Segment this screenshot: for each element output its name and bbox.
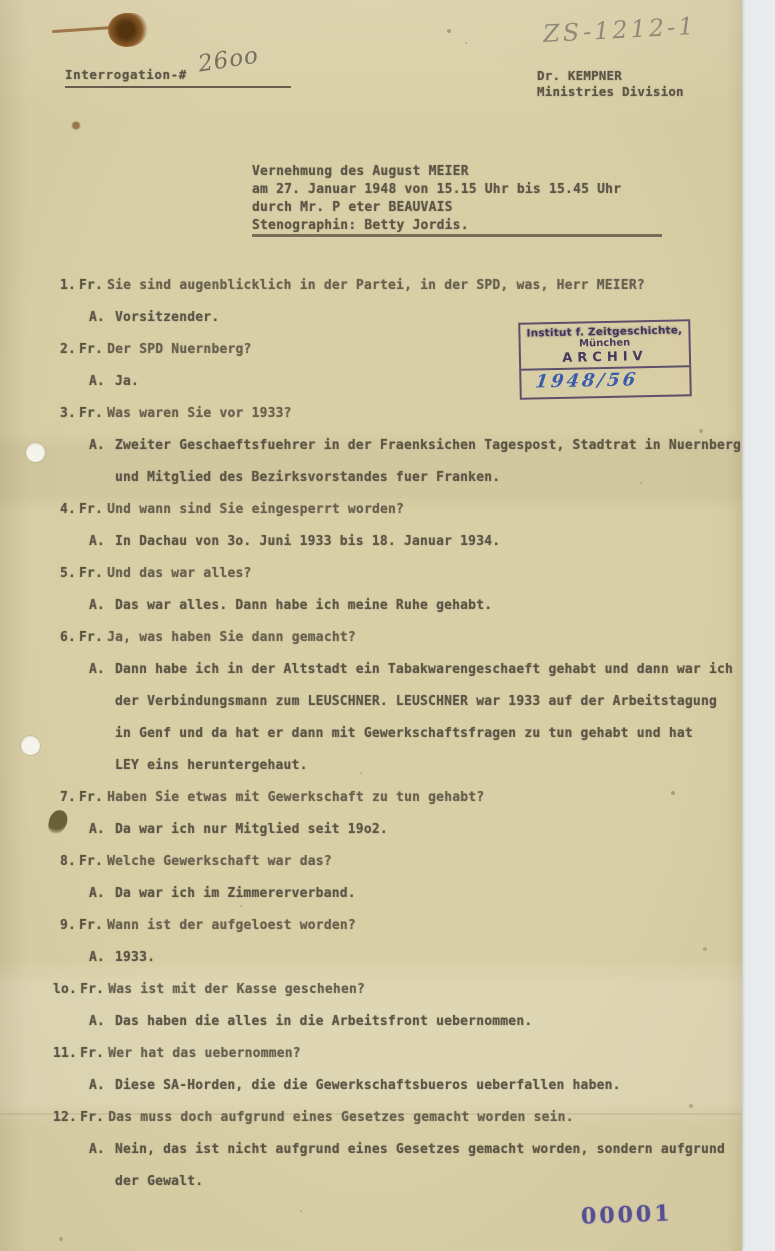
question-text: Was waren Sie vor 1933? <box>107 398 292 430</box>
stamp-archiv-label: ARCHIV <box>522 348 688 366</box>
archive-stamp-header: Institut f. Zeitgeschichte, München ARCH… <box>520 321 689 371</box>
qa-question: lo.Fr.Was ist mit der Kasse geschehen? <box>53 974 742 1006</box>
qa-number: 4. <box>53 494 76 526</box>
answer-text: Diese SA-Horden, die die Gewerkschaftsbu… <box>115 1070 621 1102</box>
qa-answer: A.1933. <box>53 942 742 974</box>
small-stain <box>71 121 81 130</box>
question-label: Fr. <box>80 1102 104 1134</box>
answer-label: A. <box>89 430 109 462</box>
answer-label: A. <box>89 366 109 398</box>
qa-question: 8.Fr.Welche Gewerkschaft war das? <box>53 846 742 878</box>
qa-number: 2. <box>53 334 76 366</box>
document-page: ZS-1212-1 Interrogation-# 26oo Dr. KEMPN… <box>0 0 742 1251</box>
qa-number: 1. <box>53 270 76 302</box>
answer-text: Das haben die alles in die Arbeitsfront … <box>115 1006 532 1038</box>
question-text: Und wann sind Sie eingesperrt worden? <box>107 494 404 526</box>
pin-mark <box>52 26 114 33</box>
answer-label: A. <box>89 302 109 334</box>
archive-stamp-number-box: 1948/56 <box>521 367 690 398</box>
qa-answer: A.Diese SA-Horden, die die Gewerkschafts… <box>53 1070 742 1102</box>
answer-text: Zweiter Geschaeftsfuehrer in der Fraenks… <box>115 430 741 462</box>
question-label: Fr. <box>80 974 104 1006</box>
paper-specks <box>0 0 2 2</box>
qa-number: 6. <box>53 622 76 654</box>
qa-question: 7.Fr.Haben Sie etwas mit Gewerkschaft zu… <box>53 782 742 814</box>
qa-answer: LEY eins heruntergehaut. <box>53 750 742 782</box>
answer-text: Da war ich nur Mitglied seit 19o2. <box>115 814 388 846</box>
answer-text-continued: der Gewalt. <box>115 1166 203 1198</box>
qa-answer: A.Da war ich nur Mitglied seit 19o2. <box>53 814 742 846</box>
qa-answer: A.Das war alles. Dann habe ich meine Ruh… <box>53 590 742 622</box>
title-line-2: am 27. Januar 1948 von 15.15 Uhr bis 15.… <box>252 181 621 199</box>
rust-stain <box>50 10 165 60</box>
question-label: Fr. <box>79 334 103 366</box>
answer-text: Vorsitzender. <box>115 302 219 334</box>
stamp-number-handwritten: 1948/56 <box>534 369 639 392</box>
qa-answer: A.Da war ich im Zimmererverband. <box>53 878 742 910</box>
answer-text: Nein, das ist nicht aufgrund eines Geset… <box>115 1134 725 1166</box>
answer-label: A. <box>89 590 109 622</box>
answer-text: Da war ich im Zimmererverband. <box>115 878 356 910</box>
answer-text-continued: in Genf und da hat er dann mit Gewerksch… <box>115 718 693 750</box>
question-label: Fr. <box>79 622 103 654</box>
page-number-stamp: 00001 <box>581 1200 673 1229</box>
question-text: Wann ist der aufgeloest worden? <box>107 910 356 942</box>
question-label: Fr. <box>79 270 103 302</box>
scan-background: ZS-1212-1 Interrogation-# 26oo Dr. KEMPN… <box>0 0 775 1251</box>
qa-number: lo. <box>53 974 77 1006</box>
answer-text-continued: der Verbindungsmann zum LEUSCHNER. LEUSC… <box>115 686 717 718</box>
question-label: Fr. <box>79 494 103 526</box>
qa-number: 7. <box>53 782 76 814</box>
answer-label: A. <box>89 526 109 558</box>
question-text: Der SPD Nuernberg? <box>107 334 251 366</box>
question-text: Welche Gewerkschaft war das? <box>107 846 332 878</box>
question-text: Wer hat das uebernommen? <box>108 1038 301 1070</box>
interrogation-label: Interrogation-# <box>65 67 291 88</box>
title-block: Vernehmung des August MEIER am 27. Janua… <box>252 163 621 235</box>
answer-text: 1933. <box>115 942 155 974</box>
punch-hole-bottom <box>21 736 40 755</box>
qa-answer: in Genf und da hat er dann mit Gewerksch… <box>53 718 742 750</box>
title-line-1: Vernehmung des August MEIER <box>252 163 621 181</box>
qa-number: 8. <box>53 846 76 878</box>
qa-number: 12. <box>53 1102 77 1134</box>
question-label: Fr. <box>79 398 103 430</box>
question-label: Fr. <box>79 910 103 942</box>
qa-answer: der Verbindungsmann zum LEUSCHNER. LEUSC… <box>53 686 742 718</box>
question-label: Fr. <box>80 1038 104 1070</box>
qa-number: 5. <box>53 558 76 590</box>
answer-label: A. <box>89 814 109 846</box>
answer-label: A. <box>89 1070 109 1102</box>
qa-question: 6.Fr.Ja, was haben Sie dann gemacht? <box>53 622 742 654</box>
archive-reference-handwritten: ZS-1212-1 <box>542 12 697 48</box>
qa-question: 3.Fr.Was waren Sie vor 1933? <box>53 398 742 430</box>
examiner-division: Ministries Division <box>537 84 684 100</box>
qa-answer: und Mitglied des Bezirksvorstandes fuer … <box>53 462 742 494</box>
answer-text-continued: LEY eins heruntergehaut. <box>115 750 308 782</box>
answer-text: Das war alles. Dann habe ich meine Ruhe … <box>115 590 492 622</box>
question-label: Fr. <box>79 558 103 590</box>
qa-answer: A.Dann habe ich in der Altstadt ein Taba… <box>53 654 742 686</box>
answer-label: A. <box>89 1006 109 1038</box>
answer-label: A. <box>89 942 109 974</box>
qa-list: 1.Fr.Sie sind augenblicklich in der Part… <box>53 270 742 1198</box>
qa-answer: der Gewalt. <box>53 1166 742 1198</box>
qa-number: 3. <box>53 398 76 430</box>
title-line-4: Stenographin: Betty Jordis. <box>252 217 621 235</box>
question-text: Sie sind augenblicklich in der Partei, i… <box>107 270 645 302</box>
qa-answer: A.Zweiter Geschaeftsfuehrer in der Fraen… <box>53 430 742 462</box>
question-text: Was ist mit der Kasse geschehen? <box>108 974 365 1006</box>
title-underline <box>252 234 662 237</box>
rust-blob <box>108 13 148 47</box>
qa-answer: A.In Dachau von 3o. Juni 1933 bis 18. Ja… <box>53 526 742 558</box>
qa-answer: A.Nein, das ist nicht aufgrund eines Ges… <box>53 1134 742 1166</box>
answer-label: A. <box>89 878 109 910</box>
question-text: Und das war alles? <box>107 558 251 590</box>
answer-label: A. <box>89 1134 109 1166</box>
qa-question: 9.Fr.Wann ist der aufgeloest worden? <box>53 910 742 942</box>
examiner-name: Dr. KEMPNER <box>537 68 684 84</box>
qa-answer: A.Das haben die alles in die Arbeitsfron… <box>53 1006 742 1038</box>
answer-label: A. <box>89 654 109 686</box>
answer-text: Dann habe ich in der Altstadt ein Tabakw… <box>115 654 733 686</box>
title-line-3: durch Mr. P eter BEAUVAIS <box>252 199 621 217</box>
qa-question: 5.Fr.Und das war alles? <box>53 558 742 590</box>
question-text: Ja, was haben Sie dann gemacht? <box>107 622 356 654</box>
question-label: Fr. <box>79 782 103 814</box>
qa-number: 9. <box>53 910 76 942</box>
answer-text: Ja. <box>115 366 139 398</box>
answer-text-continued: und Mitglied des Bezirksvorstandes fuer … <box>115 462 500 494</box>
qa-number: 11. <box>53 1038 77 1070</box>
answer-text: In Dachau von 3o. Juni 1933 bis 18. Janu… <box>115 526 500 558</box>
qa-question: 12.Fr.Das muss doch aufgrund eines Geset… <box>53 1102 742 1134</box>
archive-stamp: Institut f. Zeitgeschichte, München ARCH… <box>518 319 692 400</box>
qa-question: 4.Fr.Und wann sind Sie eingesperrt worde… <box>53 494 742 526</box>
examiner-block: Dr. KEMPNER Ministries Division <box>537 68 684 100</box>
question-label: Fr. <box>79 846 103 878</box>
question-text: Haben Sie etwas mit Gewerkschaft zu tun … <box>107 782 484 814</box>
qa-question: 11.Fr.Wer hat das uebernommen? <box>53 1038 742 1070</box>
question-text: Das muss doch aufgrund eines Gesetzes ge… <box>108 1102 574 1134</box>
qa-question: 1.Fr.Sie sind augenblicklich in der Part… <box>53 270 742 302</box>
punch-hole-top <box>26 443 45 462</box>
